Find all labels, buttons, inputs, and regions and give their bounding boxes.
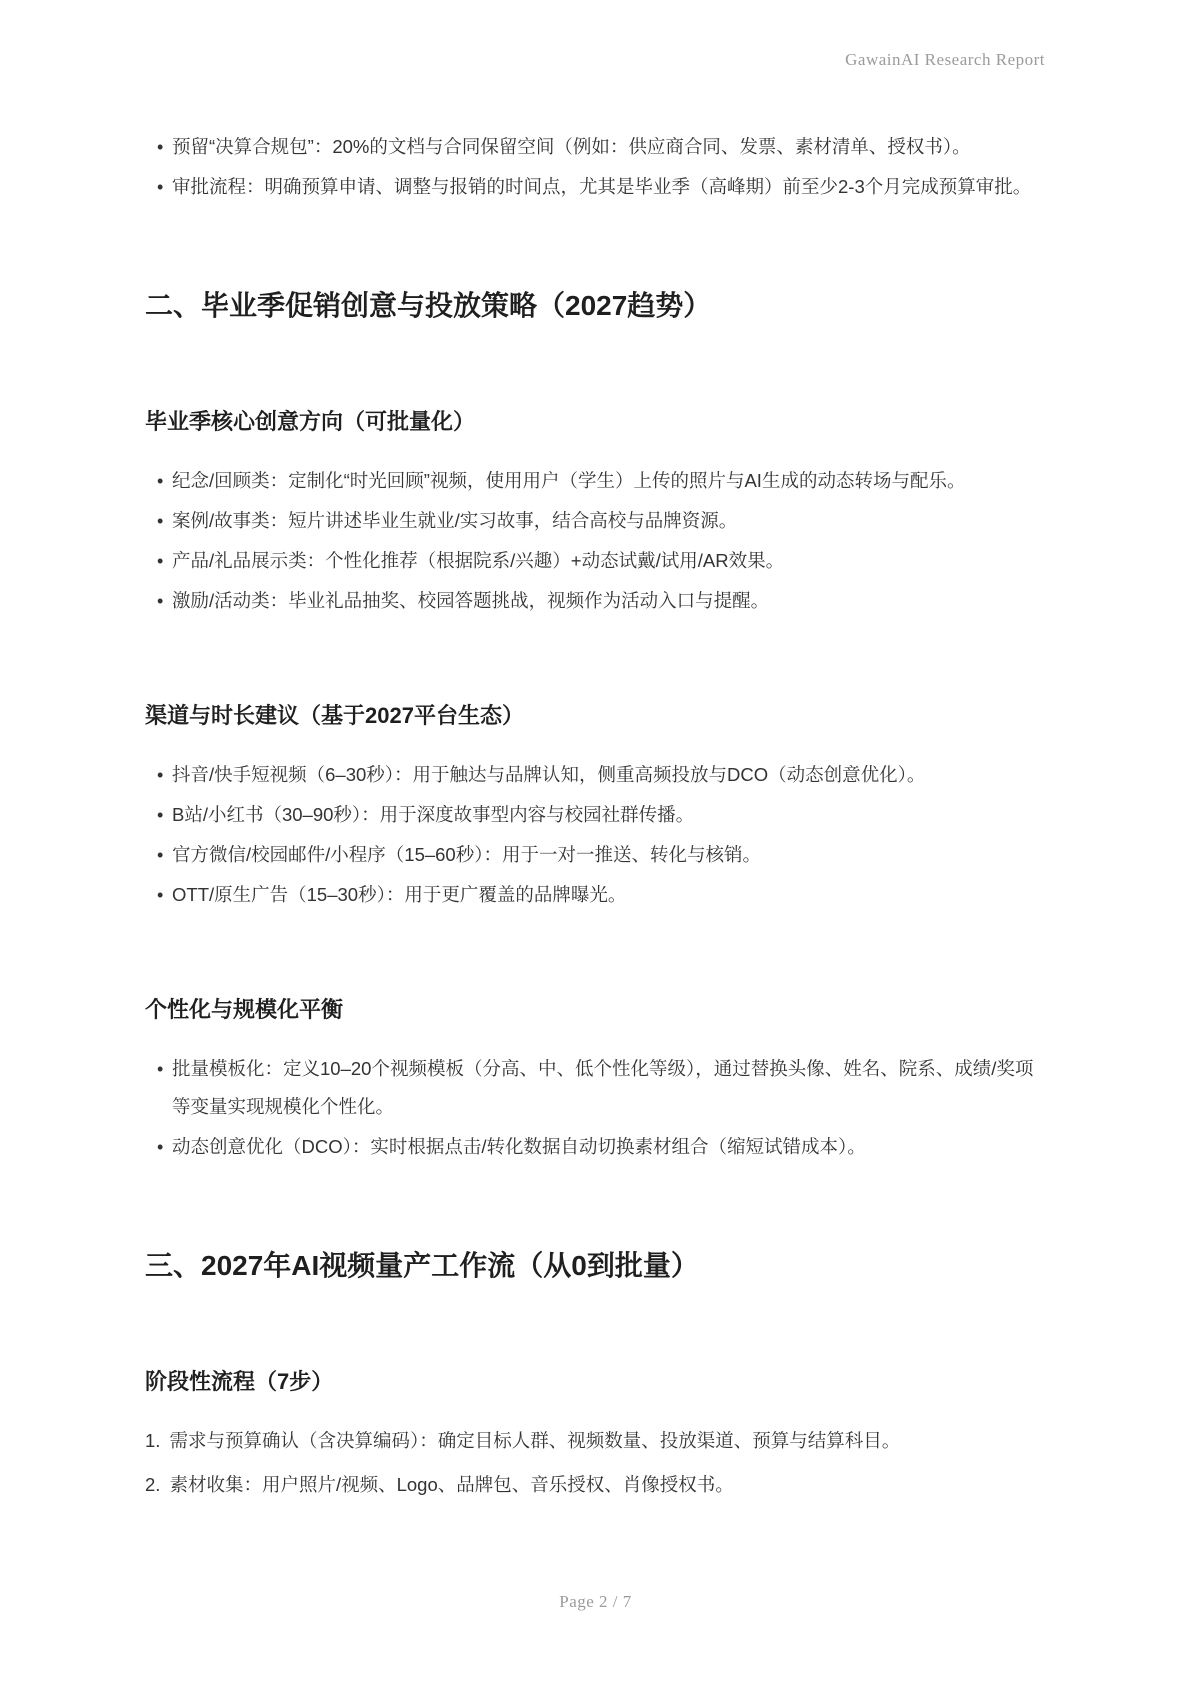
section-2-heading: 二、毕业季促销创意与投放策略（2027趋势） [145, 286, 1045, 326]
list-item: 审批流程：明确预算申请、调整与报销的时间点，尤其是毕业季（高峰期）前至少2-3个… [145, 168, 1045, 206]
intro-bullet-list: 预留“决算合规包”：20%的文档与合同保留空间（例如：供应商合同、发票、素材清单… [145, 128, 1045, 206]
process-steps-heading: 阶段性流程（7步） [145, 1366, 1045, 1398]
creative-directions-list: 纪念/回顾类：定制化“时光回顾”视频，使用用户（学生）上传的照片与AI生成的动态… [145, 462, 1045, 620]
list-item: 抖音/快手短视频（6–30秒）：用于触达与品牌认知，侧重高频投放与DCO（动态创… [145, 756, 1045, 794]
list-item: 产品/礼品展示类：个性化推荐（根据院系/兴趣）+动态试戴/试用/AR效果。 [145, 542, 1045, 580]
creative-directions-heading: 毕业季核心创意方向（可批量化） [145, 406, 1045, 438]
process-steps-list: 需求与预算确认（含决算编码）：确定目标人群、视频数量、投放渠道、预算与结算科目。… [145, 1422, 1045, 1504]
list-item: 需求与预算确认（含决算编码）：确定目标人群、视频数量、投放渠道、预算与结算科目。 [145, 1422, 1045, 1460]
section-3-heading: 三、2027年AI视频量产工作流（从0到批量） [145, 1246, 1045, 1286]
personalization-balance-heading: 个性化与规模化平衡 [145, 994, 1045, 1026]
page-number-label: Page 2 / 7 [559, 1592, 632, 1611]
list-item: 动态创意优化（DCO）：实时根据点击/转化数据自动切换素材组合（缩短试错成本）。 [145, 1128, 1045, 1166]
list-item: OTT/原生广告（15–30秒）：用于更广覆盖的品牌曝光。 [145, 876, 1045, 914]
list-item: 纪念/回顾类：定制化“时光回顾”视频，使用用户（学生）上传的照片与AI生成的动态… [145, 462, 1045, 500]
channels-duration-heading: 渠道与时长建议（基于2027平台生态） [145, 700, 1045, 732]
list-item: 激励/活动类：毕业礼品抽奖、校园答题挑战，视频作为活动入口与提醒。 [145, 582, 1045, 620]
list-item: 案例/故事类：短片讲述毕业生就业/实习故事，结合高校与品牌资源。 [145, 502, 1045, 540]
list-item: 官方微信/校园邮件/小程序（15–60秒）：用于一对一推送、转化与核销。 [145, 836, 1045, 874]
report-header-title: GawainAI Research Report [845, 50, 1045, 69]
list-item: 批量模板化：定义10–20个视频模板（分高、中、低个性化等级），通过替换头像、姓… [145, 1050, 1045, 1126]
list-item: 素材收集：用户照片/视频、Logo、品牌包、音乐授权、肖像授权书。 [145, 1466, 1045, 1504]
list-item: B站/小红书（30–90秒）：用于深度故事型内容与校园社群传播。 [145, 796, 1045, 834]
list-item: 预留“决算合规包”：20%的文档与合同保留空间（例如：供应商合同、发票、素材清单… [145, 128, 1045, 166]
personalization-balance-list: 批量模板化：定义10–20个视频模板（分高、中、低个性化等级），通过替换头像、姓… [145, 1050, 1045, 1166]
channels-duration-list: 抖音/快手短视频（6–30秒）：用于触达与品牌认知，侧重高频投放与DCO（动态创… [145, 756, 1045, 914]
page-footer: Page 2 / 7 [0, 1592, 1191, 1612]
report-header: GawainAI Research Report [145, 0, 1045, 70]
document-page: GawainAI Research Report 预留“决算合规包”：20%的文… [0, 0, 1191, 1684]
